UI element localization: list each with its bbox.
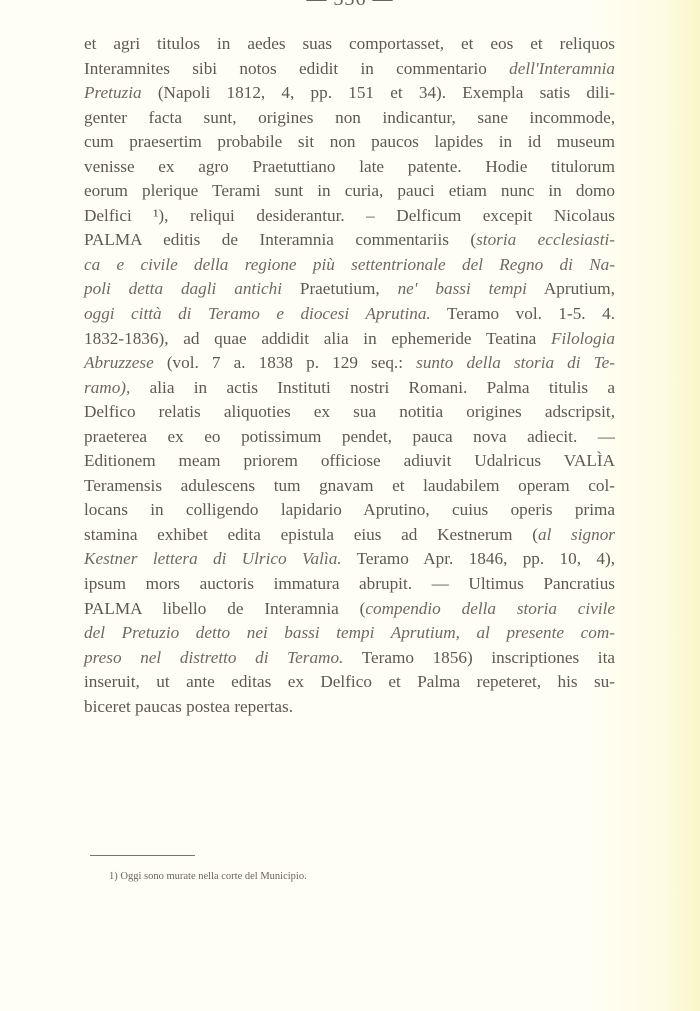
text-line: inseruit, ut ante editas ex Delfico et P… — [84, 670, 615, 695]
text-line: eorum plerique Terami sunt in curia, pau… — [84, 179, 615, 204]
text-run: praeterea ex eo potissimum pendet, pauca… — [84, 427, 615, 446]
text-line: genter facta sunt, origines non indicant… — [84, 106, 615, 131]
text-run: venisse ex agro Praetuttiano late patent… — [84, 157, 615, 176]
text-run: (vol. 7 a. 1838 p. 129 seq.: — [154, 353, 416, 372]
text-line: Delfici ¹), reliqui desiderantur. – Delf… — [84, 204, 615, 229]
text-line: PALMA editis de Interamnia commentariis … — [84, 228, 615, 253]
text-run: stamina exhibet edita epistula eius ad K… — [84, 525, 538, 544]
text-line: locans in colligendo lapidario Aprutino,… — [84, 498, 615, 523]
text-line: cum praesertim probabile sit non paucos … — [84, 130, 615, 155]
text-line: oggi città di Teramo e diocesi Aprutina.… — [84, 302, 615, 327]
text-run: (Napoli 1812, 4, pp. 151 et 34). Exempla… — [142, 83, 615, 102]
text-line: PALMA libello de Interamnia (compendio d… — [84, 597, 615, 622]
italic-title: ramo), — [84, 378, 130, 397]
italic-title: Kestner lettera di Ulrico Valìa. — [84, 549, 342, 568]
text-run: Delfici ¹), reliqui desiderantur. – Delf… — [84, 206, 615, 225]
text-run: Teramo 1856) inscriptiones ita — [343, 648, 615, 667]
italic-title: storia ecclesiasti- — [476, 230, 615, 249]
text-line: 1832-1836), ad quae addidit alia in ephe… — [84, 327, 615, 352]
italic-title: sunto della storia di Te- — [416, 353, 615, 372]
text-run: eorum plerique Terami sunt in curia, pau… — [84, 181, 615, 200]
text-line: preso nel distretto di Teramo. Teramo 18… — [84, 646, 615, 671]
text-line: venisse ex agro Praetuttiano late patent… — [84, 155, 615, 180]
text-line: ca e civile della regione più settentrio… — [84, 253, 615, 278]
text-line: Kestner lettera di Ulrico Valìa. Teramo … — [84, 547, 615, 572]
footnote-divider — [90, 855, 195, 856]
text-line: Editionem meam priorem officiose adiuvit… — [84, 449, 615, 474]
italic-title: ne' bassi tempi — [398, 279, 527, 298]
italic-title: del Pretuzio detto nei bassi tempi Aprut… — [84, 623, 615, 642]
footnote: 1) Oggi sono murate nella corte del Muni… — [109, 871, 307, 882]
text-run: Editionem meam priorem officiose adiuvit… — [84, 451, 615, 470]
text-line: Interamnites sibi notos edidit in commen… — [84, 57, 615, 82]
text-run: Praetutium, — [282, 279, 398, 298]
text-line: ipsum mors auctoris immatura abrupit. — … — [84, 572, 615, 597]
text-line: Teramensis adulescens tum gnavam et laud… — [84, 474, 615, 499]
italic-title: dell'Interamnia — [509, 59, 615, 78]
text-run: Interamnites sibi notos edidit in commen… — [84, 59, 509, 78]
text-run: Teramo vol. 1-5. 4. — [431, 304, 615, 323]
text-line: Pretuzia (Napoli 1812, 4, pp. 151 et 34)… — [84, 81, 615, 106]
text-run: PALMA editis de Interamnia commentariis … — [84, 230, 476, 249]
text-run: Teramensis adulescens tum gnavam et laud… — [84, 476, 615, 495]
body-text: et agri titulos in aedes suas comportass… — [84, 32, 615, 719]
italic-title: Abruzzese — [84, 353, 154, 372]
italic-title: Filologia — [551, 329, 615, 348]
text-line: et agri titulos in aedes suas comportass… — [84, 32, 615, 57]
italic-title: al signor — [538, 525, 615, 544]
italic-title: ca e civile della regione più settentrio… — [84, 255, 615, 274]
text-line: biceret paucas postea repertas. — [84, 695, 615, 720]
text-line: Delfico relatis aliquoties ex sua notiti… — [84, 400, 615, 425]
text-line: Abruzzese (vol. 7 a. 1838 p. 129 seq.: s… — [84, 351, 615, 376]
text-run: Delfico relatis aliquoties ex sua notiti… — [84, 402, 615, 421]
text-run: locans in colligendo lapidario Aprutino,… — [84, 500, 615, 519]
text-run: alia in actis Instituti nostri Romani. P… — [130, 378, 615, 397]
text-line: stamina exhibet edita epistula eius ad K… — [84, 523, 615, 548]
text-line: ramo), alia in actis Instituti nostri Ro… — [84, 376, 615, 401]
text-run: PALMA libello de Interamnia ( — [84, 599, 365, 618]
text-run: genter facta sunt, origines non indicant… — [84, 108, 615, 127]
text-line: praeterea ex eo potissimum pendet, pauca… — [84, 425, 615, 450]
italic-title: Pretuzia — [84, 83, 142, 102]
text-run: cum praesertim probabile sit non paucos … — [84, 132, 615, 151]
italic-title: preso nel distretto di Teramo. — [84, 648, 343, 667]
text-line: del Pretuzio detto nei bassi tempi Aprut… — [84, 621, 615, 646]
italic-title: poli detta dagli antichi — [84, 279, 282, 298]
page-number: — 336 — — [0, 0, 700, 11]
text-run: inseruit, ut ante editas ex Delfico et P… — [84, 672, 615, 691]
italic-title: oggi città di Teramo e diocesi Aprutina. — [84, 304, 431, 323]
text-run: 1832-1836), ad quae addidit alia in ephe… — [84, 329, 551, 348]
italic-title: compendio della storia civile — [365, 599, 615, 618]
text-line: poli detta dagli antichi Praetutium, ne'… — [84, 277, 615, 302]
text-run: Aprutium, — [527, 279, 615, 298]
text-run: et agri titulos in aedes suas comportass… — [84, 34, 615, 53]
text-run: ipsum mors auctoris immatura abrupit. — … — [84, 574, 615, 593]
text-run: biceret paucas postea repertas. — [84, 697, 293, 716]
text-run: Teramo Apr. 1846, pp. 10, 4), — [342, 549, 615, 568]
